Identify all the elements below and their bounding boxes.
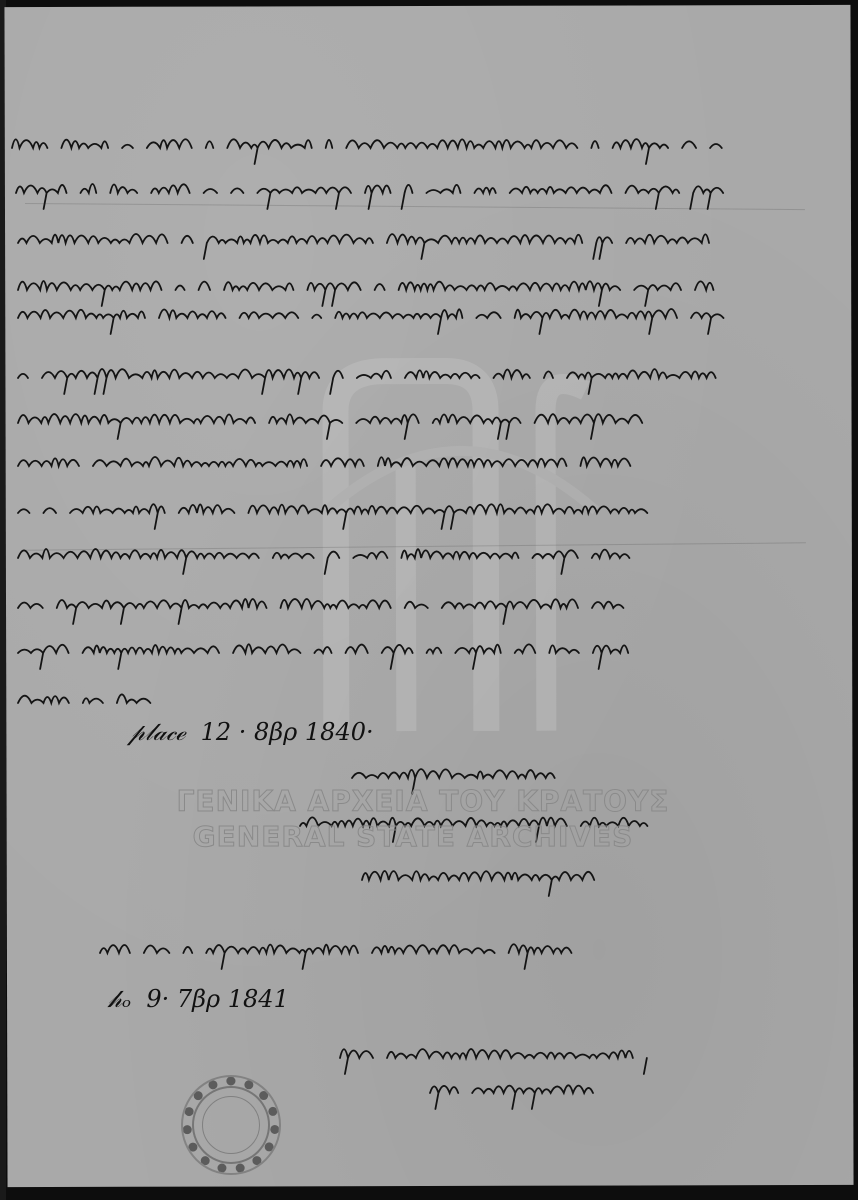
postscript-day: 9	[146, 985, 161, 1013]
body-line	[18, 448, 618, 476]
official-seal-stamp	[183, 1077, 279, 1173]
seal-inner-ring	[202, 1096, 260, 1154]
body-line	[18, 300, 718, 328]
bleed-through-line	[25, 203, 805, 210]
postscript-month: 7βρ	[177, 985, 220, 1013]
postscript-year: 1841	[228, 985, 289, 1013]
signature-line	[362, 862, 602, 890]
body-line	[12, 130, 712, 158]
signature-title-line	[430, 1075, 590, 1103]
body-line	[18, 590, 618, 618]
dateline-place-scribble: 𝓅𝓁𝒶𝒸ℯ	[128, 718, 185, 746]
postscript-dateline: 𝒽ₒ 9· 7βρ 1841	[108, 985, 289, 1013]
body-line	[18, 685, 148, 713]
body-line	[18, 635, 628, 663]
signature-line	[340, 1040, 640, 1068]
body-line	[18, 405, 638, 433]
dateline-day: 12	[201, 718, 232, 746]
body-line	[18, 360, 708, 388]
body-line	[18, 272, 713, 300]
watermark-english: GENERAL STATE ARCHIVES	[0, 820, 842, 853]
dateline: 𝓅𝓁𝒶𝒸ℯ 12 · 8βρ 1840·	[128, 718, 374, 746]
closing-line	[352, 760, 552, 788]
body-line	[18, 225, 708, 253]
postscript-prefix-scribble: 𝒽ₒ	[108, 985, 131, 1013]
body-line	[18, 495, 638, 523]
dateline-month: 8βρ	[254, 718, 297, 746]
watermark-greek: ΓΕΝΙΚΑ ΑΡΧΕΙΑ ΤΟΥ ΚΡΑΤΟΥΣ	[0, 785, 852, 818]
dateline-year: 1840	[305, 718, 366, 746]
postscript-line	[100, 935, 570, 963]
body-line	[18, 540, 628, 568]
body-line	[16, 175, 716, 203]
